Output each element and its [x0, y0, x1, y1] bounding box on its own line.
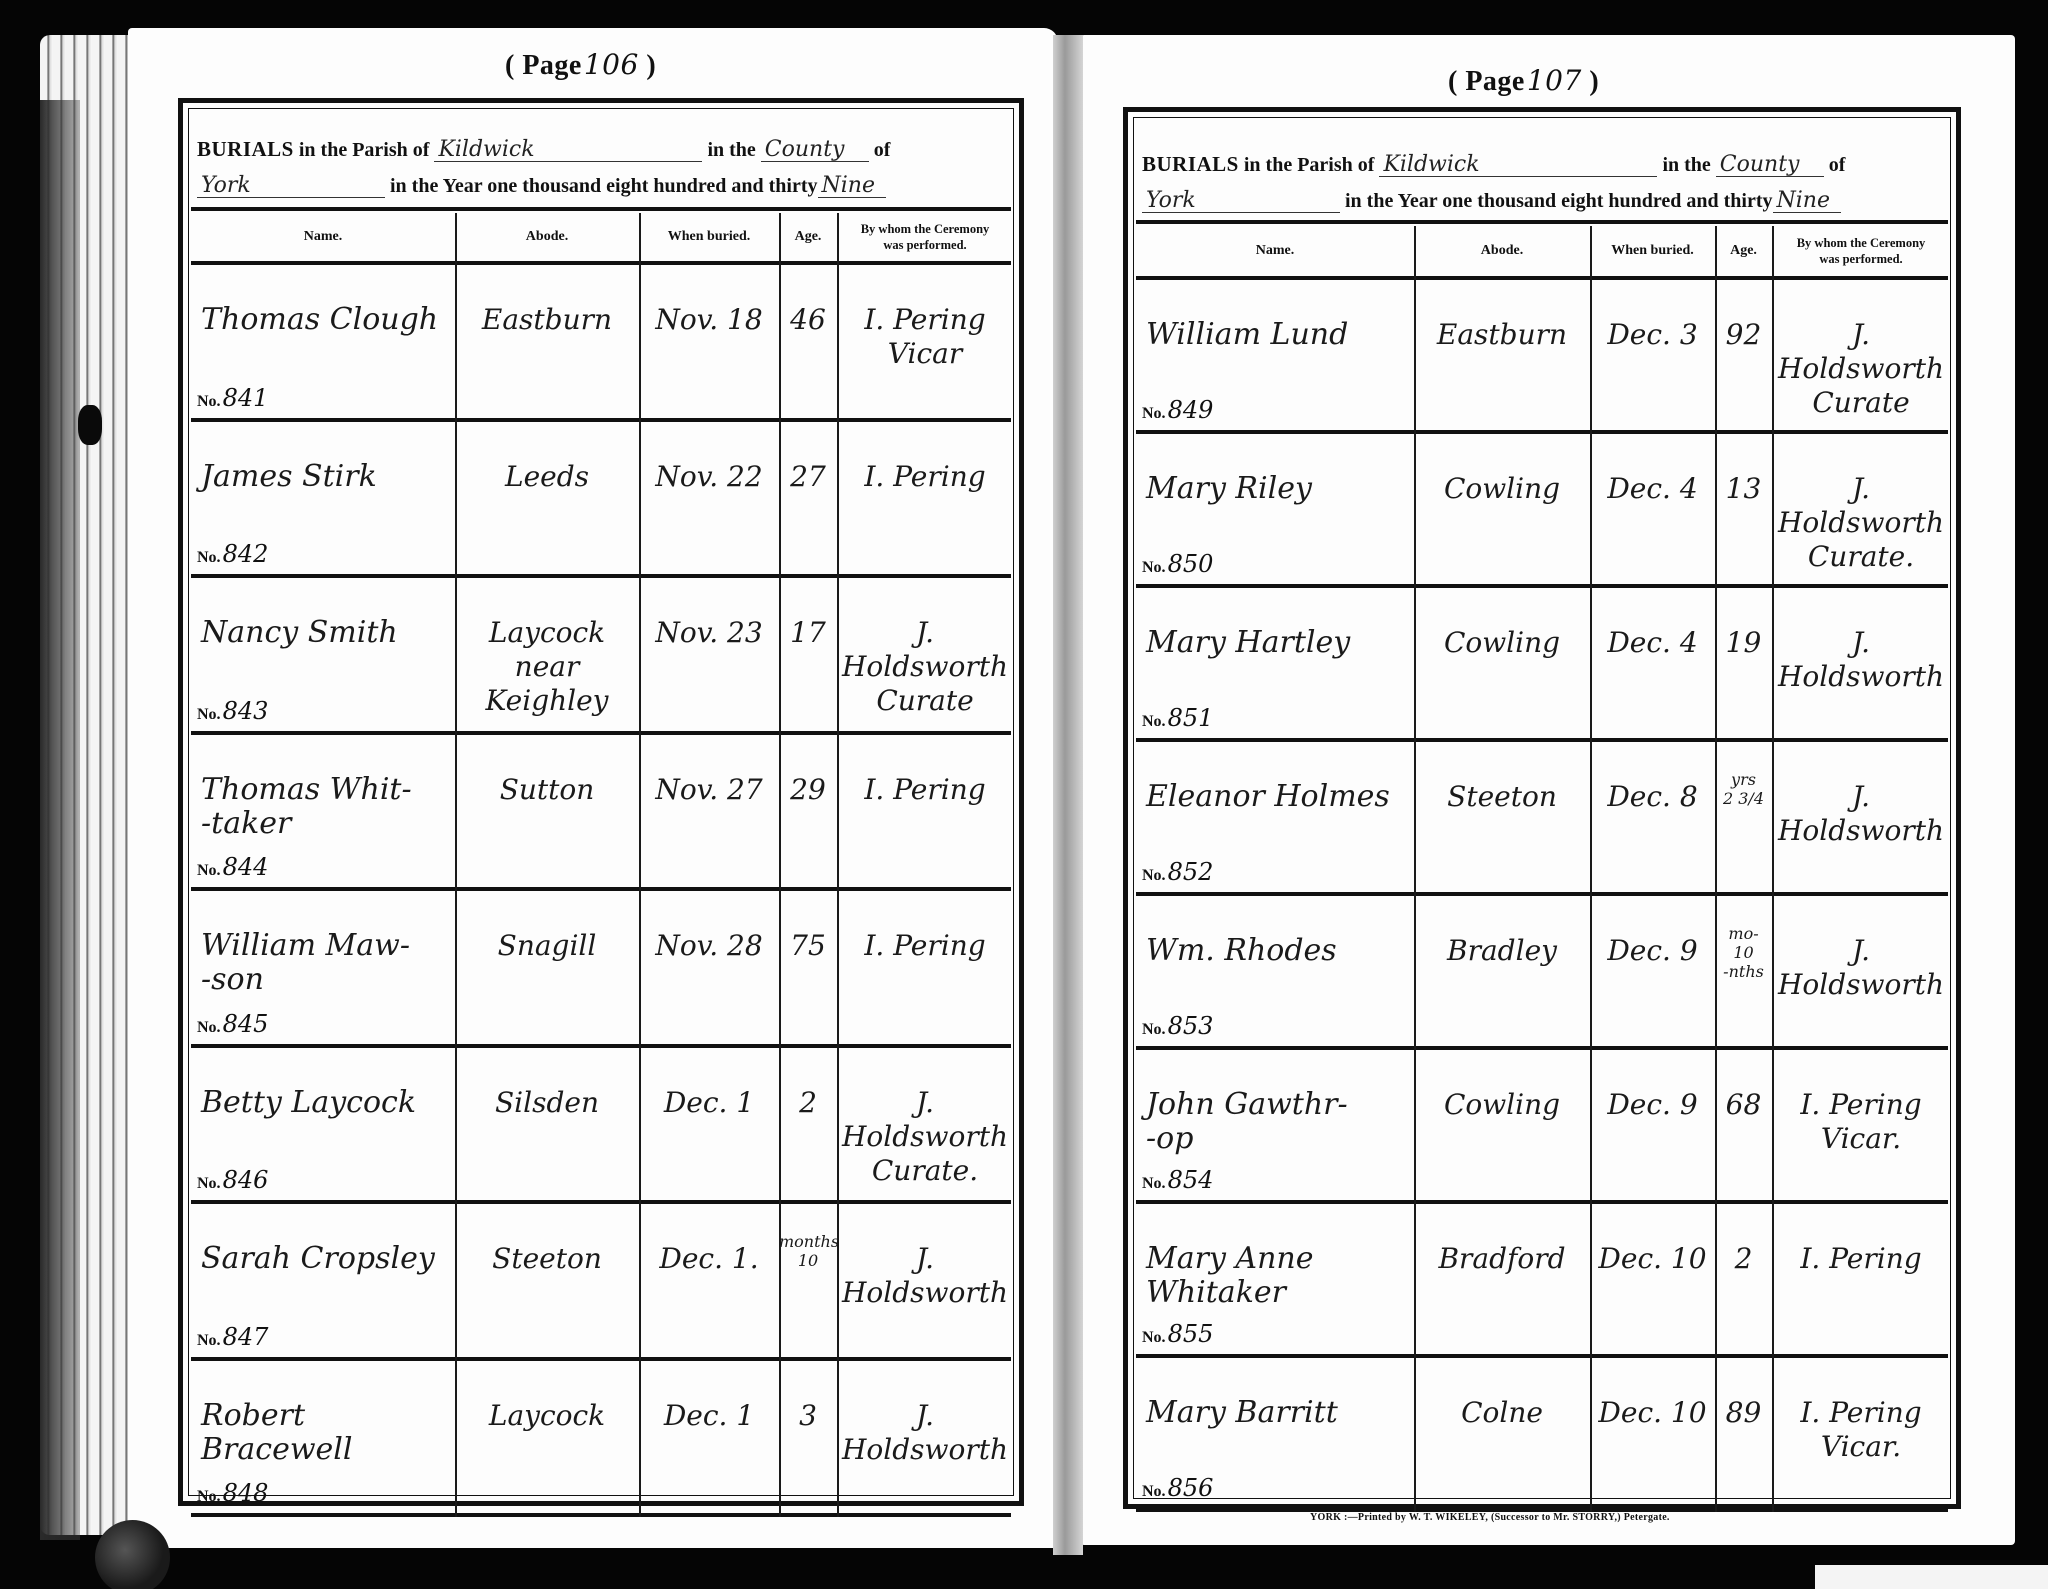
heading-rule: [191, 207, 1011, 211]
entry-officiant: J. Holdsworth Curate: [837, 578, 1013, 729]
entry-number: No.846: [197, 1166, 268, 1194]
entry-abode: Colne: [1414, 1358, 1590, 1506]
column-header-name: Name.: [191, 213, 455, 261]
burial-entry-row: Sarah CropsleySteetonDec. 1.months 10J. …: [191, 1204, 1011, 1361]
county-field: York: [197, 175, 385, 198]
thumb-holding-book: [95, 1520, 170, 1589]
entry-age: 29: [779, 735, 837, 886]
entry-officiant: I. Pering Vicar.: [1772, 1050, 1950, 1198]
entry-officiant: I. Pering: [837, 735, 1013, 886]
burial-entry-row: Nancy SmithLaycock near KeighleyNov. 231…: [191, 578, 1011, 735]
page-number-value: 107: [1527, 64, 1582, 97]
heading-rule: [1136, 220, 1948, 224]
entry-number: No.844: [197, 853, 268, 881]
row-divider: [191, 1513, 1011, 1517]
entry-officiant: J. Holdsworth: [837, 1204, 1013, 1355]
burial-entry-row: Robert BracewellLaycockDec. 13J. Holdswo…: [191, 1361, 1011, 1518]
entry-number: No.853: [1142, 1012, 1213, 1040]
entry-age: 92: [1715, 280, 1772, 428]
entry-when: Dec. 9: [1590, 1050, 1715, 1198]
entry-number: No.842: [197, 540, 268, 568]
burial-entry-row: Mary Anne WhitakerBradfordDec. 102I. Per…: [1136, 1204, 1948, 1358]
burial-entry-row: William LundEastburnDec. 392J. Holdswort…: [1136, 280, 1948, 434]
page-number-left: ( Page106 ): [505, 48, 656, 82]
entry-age: 89: [1715, 1358, 1772, 1506]
entry-age: 75: [779, 891, 837, 1042]
entry-abode: Steeton: [455, 1204, 639, 1355]
entry-number: No.855: [1142, 1320, 1213, 1348]
entry-number: No.852: [1142, 858, 1213, 886]
entry-number-value: 841: [223, 384, 269, 412]
entry-when: Nov. 23: [639, 578, 779, 729]
column-header-when-buried: When buried.: [1590, 226, 1715, 276]
burial-entry-row: Betty LaycockSilsdenDec. 12J. Holdsworth…: [191, 1048, 1011, 1205]
column-divider: [779, 213, 781, 1517]
entry-abode: Laycock: [455, 1361, 639, 1512]
entry-number: No.848: [197, 1479, 268, 1507]
entry-abode: Bradley: [1414, 896, 1590, 1044]
column-header-name: Name.: [1136, 226, 1414, 276]
county-word-field: County: [761, 139, 869, 162]
entry-when: Dec. 9: [1590, 896, 1715, 1044]
entry-number: No.851: [1142, 704, 1213, 732]
page-stack-shadow: [40, 100, 80, 1540]
entry-number: No.856: [1142, 1474, 1213, 1502]
register-frame-right: BURIALS in the Parish of Kildwick in the…: [1123, 107, 1961, 1509]
entry-officiant: J. Holdsworth Curate.: [1772, 434, 1950, 582]
register-heading: BURIALS in the Parish of Kildwick in the…: [1142, 126, 1944, 224]
entry-number: No.854: [1142, 1166, 1213, 1194]
entry-abode: Snagill: [455, 891, 639, 1042]
column-header-officiant: By whom the Ceremony was performed.: [837, 213, 1013, 261]
county-word-field: County: [1716, 154, 1824, 177]
column-divider: [1590, 226, 1592, 1512]
entry-officiant: I. Pering: [837, 891, 1013, 1042]
entry-when: Nov. 22: [639, 422, 779, 573]
entry-when: Dec. 4: [1590, 434, 1715, 582]
entry-abode: Cowling: [1414, 588, 1590, 736]
entry-number-value: 856: [1168, 1474, 1214, 1502]
book-gutter: [1053, 35, 1083, 1555]
entry-number-value: 843: [223, 697, 269, 725]
entry-abode: Leeds: [455, 422, 639, 573]
entry-when: Dec. 8: [1590, 742, 1715, 890]
entry-officiant: J. Holdsworth: [837, 1361, 1013, 1512]
entry-abode: Cowling: [1414, 1050, 1590, 1198]
entry-age: 3: [779, 1361, 837, 1512]
printer-imprint: YORK :—Printed by W. T. WIKELEY, (Succes…: [1310, 1512, 1670, 1523]
entry-when: Dec. 4: [1590, 588, 1715, 736]
entry-officiant: J. Holdsworth Curate: [1772, 280, 1950, 428]
column-divider: [837, 213, 839, 1517]
column-divider: [1772, 226, 1774, 1512]
entry-number-value: 846: [223, 1166, 269, 1194]
entry-number-value: 850: [1168, 550, 1214, 578]
entry-abode: Bradford: [1414, 1204, 1590, 1352]
entry-number-value: 849: [1168, 396, 1214, 424]
entry-number: No.841: [197, 384, 268, 412]
entry-abode: Laycock near Keighley: [455, 578, 639, 729]
entry-number-value: 854: [1168, 1166, 1214, 1194]
page-number-value: 106: [584, 48, 639, 81]
year-field: Nine: [818, 175, 886, 198]
entry-when: Nov. 28: [639, 891, 779, 1042]
burial-entry-row: Thomas CloughEastburnNov. 1846I. Pering …: [191, 265, 1011, 422]
entry-age: 13: [1715, 434, 1772, 582]
column-header-age: Age.: [1715, 226, 1772, 276]
column-divider: [639, 213, 641, 1517]
entry-when: Nov. 27: [639, 735, 779, 886]
entry-number-value: 842: [223, 540, 269, 568]
register-frame-left: BURIALS in the Parish of Kildwick in the…: [178, 98, 1024, 1506]
entry-abode: Steeton: [1414, 742, 1590, 890]
page-number-right: ( Page107 ): [1448, 64, 1599, 98]
burial-entry-row: Mary BarrittColneDec. 1089I. Pering Vica…: [1136, 1358, 1948, 1512]
entry-number-value: 851: [1168, 704, 1214, 732]
column-header-abode: Abode.: [455, 213, 639, 261]
entry-when: Dec. 1: [639, 1048, 779, 1199]
parish-field: Kildwick: [434, 139, 702, 162]
burial-entry-row: James StirkLeedsNov. 2227I. PeringNo.842: [191, 422, 1011, 579]
entry-when: Dec. 10: [1590, 1358, 1715, 1506]
entry-age: 46: [779, 265, 837, 416]
entry-age: 68: [1715, 1050, 1772, 1198]
entry-age: 2: [779, 1048, 837, 1199]
entry-age: mo- 10 -nths: [1715, 896, 1772, 1044]
entry-officiant: I. Pering: [1772, 1204, 1950, 1352]
burial-entry-row: Thomas Whit- -takerSuttonNov. 2729I. Per…: [191, 735, 1011, 892]
entry-abode: Sutton: [455, 735, 639, 886]
burial-entry-row: John Gawthr- -opCowlingDec. 968I. Pering…: [1136, 1050, 1948, 1204]
entry-age: 27: [779, 422, 837, 573]
entry-age: months 10: [779, 1204, 837, 1355]
entry-number-value: 848: [223, 1479, 269, 1507]
entry-abode: Cowling: [1414, 434, 1590, 582]
entry-number-value: 844: [223, 853, 269, 881]
county-field: York: [1142, 190, 1340, 213]
entry-abode: Eastburn: [1414, 280, 1590, 428]
burial-entry-row: William Maw- -sonSnagillNov. 2875I. Peri…: [191, 891, 1011, 1048]
entry-number-value: 845: [223, 1010, 269, 1038]
burial-entry-row: Eleanor HolmesSteetonDec. 8yrs 2 3/4J. H…: [1136, 742, 1948, 896]
entry-officiant: I. Pering Vicar.: [1772, 1358, 1950, 1506]
entry-number-value: 847: [223, 1323, 269, 1351]
entry-officiant: J. Holdsworth Curate.: [837, 1048, 1013, 1199]
entry-number-value: 855: [1168, 1320, 1214, 1348]
entry-age: 19: [1715, 588, 1772, 736]
entry-when: Nov. 18: [639, 265, 779, 416]
column-divider: [1414, 226, 1416, 1512]
year-field: Nine: [1773, 190, 1841, 213]
entry-abode: Silsden: [455, 1048, 639, 1199]
entry-abode: Eastburn: [455, 265, 639, 416]
column-header-when-buried: When buried.: [639, 213, 779, 261]
column-divider: [1715, 226, 1717, 1512]
entry-number: No.845: [197, 1010, 268, 1038]
entry-when: Dec. 10: [1590, 1204, 1715, 1352]
entry-age: 2: [1715, 1204, 1772, 1352]
burial-entry-row: Mary RileyCowlingDec. 413J. Holdsworth C…: [1136, 434, 1948, 588]
entry-officiant: I. Pering: [837, 422, 1013, 573]
entry-number: No.849: [1142, 396, 1213, 424]
entry-number: No.843: [197, 697, 268, 725]
entry-officiant: J. Holdsworth: [1772, 896, 1950, 1044]
register-heading: BURIALS in the Parish of Kildwick in the…: [197, 117, 1007, 215]
entry-when: Dec. 1: [639, 1361, 779, 1512]
loose-paper-slip: [1815, 1565, 2048, 1589]
burial-entry-row: Wm. RhodesBradleyDec. 9mo- 10 -nthsJ. Ho…: [1136, 896, 1948, 1050]
entry-number: No.847: [197, 1323, 268, 1351]
entry-number-value: 853: [1168, 1012, 1214, 1040]
entry-number: No.850: [1142, 550, 1213, 578]
parish-field: Kildwick: [1379, 154, 1657, 177]
entry-age: yrs 2 3/4: [1715, 742, 1772, 890]
entry-when: Dec. 1.: [639, 1204, 779, 1355]
entry-number-value: 852: [1168, 858, 1214, 886]
entry-when: Dec. 3: [1590, 280, 1715, 428]
ink-blot: [78, 405, 102, 445]
column-header-age: Age.: [779, 213, 837, 261]
entry-officiant: J. Holdsworth: [1772, 742, 1950, 890]
column-header-officiant: By whom the Ceremony was performed.: [1772, 226, 1950, 276]
column-divider: [455, 213, 457, 1517]
entry-officiant: I. Pering Vicar: [837, 265, 1013, 416]
entry-age: 17: [779, 578, 837, 729]
entry-officiant: J. Holdsworth: [1772, 588, 1950, 736]
column-header-abode: Abode.: [1414, 226, 1590, 276]
burial-entry-row: Mary HartleyCowlingDec. 419J. Holdsworth…: [1136, 588, 1948, 742]
